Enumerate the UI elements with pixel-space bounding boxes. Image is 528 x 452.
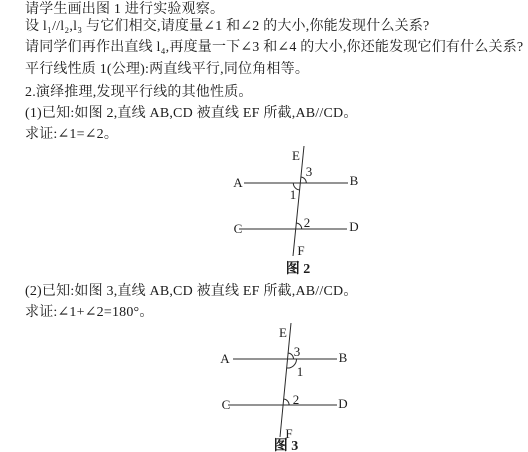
fig3-label-D: D (338, 396, 347, 411)
paragraph-given-2: (2)已知:如图 3,直线 AB,CD 被直线 EF 所截,AB//CD。 (25, 284, 358, 300)
fig3-angle3-arc (288, 353, 293, 359)
paragraph-deduction: 2.演绎推理,发现平行线的其他性质。 (25, 85, 253, 101)
paragraph-property-axiom: 平行线性质 1(公理):两直线平行,同位角相等。 (25, 62, 309, 78)
fig2-caption: 图 2 (286, 260, 311, 277)
figure-2-diagram: E F A B C D 3 1 2 图 2 (220, 143, 370, 278)
paragraph-measure-3-4: 请同学们再作出直线 l₄,再度量一下∠3 和∠4 的大小,你还能发现它们有什么关… (25, 40, 523, 56)
fig3-label-angle3: 3 (294, 344, 301, 359)
fig2-label-D: D (349, 219, 358, 234)
fig3-label-C: C (222, 397, 231, 412)
fig2-label-C: C (234, 221, 243, 236)
paragraph-measure-1-2: 设 l₁//l₂,l₃ 与它们相交,请度量∠1 和∠2 的大小,你能发现什么关系… (25, 19, 429, 35)
fig3-label-angle2: 2 (293, 392, 300, 407)
fig3-angle1-arc (287, 359, 297, 368)
fig3-transversal-EF (280, 323, 291, 437)
fig3-label-angle1: 1 (297, 364, 304, 379)
fig3-angle2-arc (284, 399, 289, 405)
fig2-label-angle2: 2 (304, 215, 311, 230)
scanned-lesson-page: 请学生画出图 1 进行实验观察。 设 l₁//l₂,l₃ 与它们相交,请度量∠1… (0, 0, 528, 452)
fig3-caption: 图 3 (274, 437, 299, 452)
paragraph-given-1: (1)已知:如图 2,直线 AB,CD 被直线 EF 所截,AB//CD。 (25, 106, 358, 122)
fig2-label-A: A (233, 175, 243, 190)
fig2-angle2-arc (296, 223, 301, 229)
paragraph-prove-2: 求证:∠1+∠2=180°。 (25, 305, 154, 321)
fig2-label-B: B (350, 173, 359, 188)
paragraph-prove-1: 求证:∠1=∠2。 (25, 127, 118, 143)
fig2-label-F: F (297, 243, 304, 258)
paragraph-observe: 请学生画出图 1 进行实验观察。 (25, 2, 224, 18)
fig2-label-angle3: 3 (306, 164, 313, 179)
fig3-label-B: B (339, 350, 348, 365)
fig2-label-angle1: 1 (290, 187, 297, 202)
figure-3-diagram: E F A B C D 3 1 2 图 3 (215, 320, 365, 452)
fig2-label-E: E (292, 148, 300, 163)
fig3-label-A: A (220, 351, 230, 366)
fig3-label-E: E (279, 325, 287, 340)
